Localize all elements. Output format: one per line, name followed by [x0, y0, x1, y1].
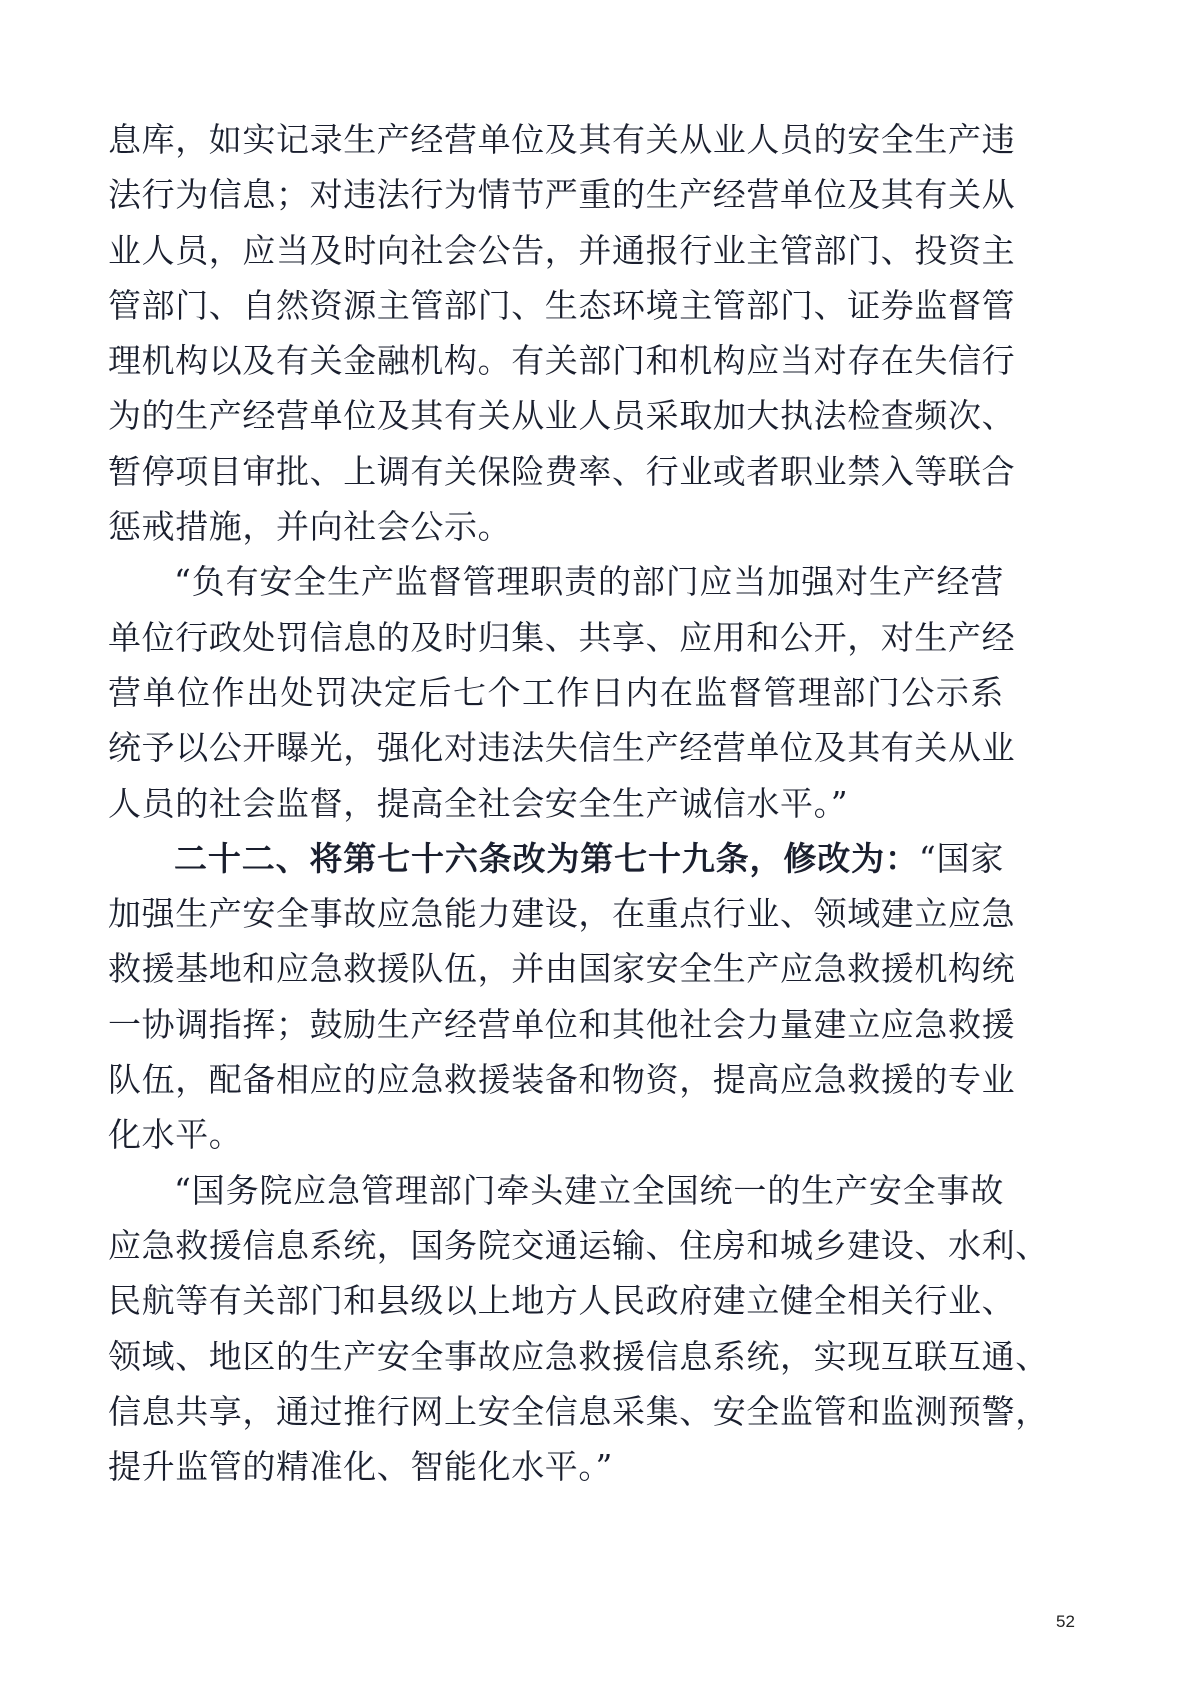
text-span: “国家 — [919, 839, 1004, 878]
text-line: 息库，如实记录生产经营单位及其有关从业人员的安全生产违 — [108, 112, 1004, 167]
text-line: 惩戒措施，并向社会公示。 — [108, 499, 1004, 554]
text-line: 为的生产经营单位及其有关从业人员采取加大执法检查频次、 — [108, 388, 1004, 443]
text-line: 领域、地区的生产安全事故应急救援信息系统，实现互联互通、 — [108, 1329, 1004, 1384]
text-line: 应急救援信息系统，国务院交通运输、住房和城乡建设、水利、 — [108, 1218, 1004, 1273]
text-line: 化水平。 — [108, 1107, 1004, 1162]
paragraph-start-line: “负有安全生产监督管理职责的部门应当加强对生产经营 — [108, 554, 1004, 609]
text-line: 一协调指挥；鼓励生产经营单位和其他社会力量建立应急救援 — [108, 997, 1004, 1052]
page-number: 52 — [1056, 1612, 1075, 1632]
text-line: 暂停项目审批、上调有关保险费率、行业或者职业禁入等联合 — [108, 444, 1004, 499]
text-line: 法行为信息；对违法行为情节严重的生产经营单位及其有关从 — [108, 167, 1004, 222]
text-line: 民航等有关部门和县级以上地方人民政府建立健全相关行业、 — [108, 1273, 1004, 1328]
text-line: 救援基地和应急救援队伍，并由国家安全生产应急救援机构统 — [108, 941, 1004, 996]
text-line: 加强生产安全事故应急能力建设，在重点行业、领域建立应急 — [108, 886, 1004, 941]
text-line: 理机构以及有关金融机构。有关部门和机构应当对存在失信行 — [108, 333, 1004, 388]
text-line: 人员的社会监督，提高全社会安全生产诚信水平。” — [108, 776, 1004, 831]
article-heading-line: 二十二、将第七十六条改为第七十九条，修改为：“国家 — [108, 831, 1004, 886]
text-line: 单位行政处罚信息的及时归集、共享、应用和公开，对生产经 — [108, 610, 1004, 665]
paragraph-start-line: “国务院应急管理部门牵头建立全国统一的生产安全事故 — [108, 1163, 1004, 1218]
text-line: 统予以公开曝光，强化对违法失信生产经营单位及其有关从业 — [108, 720, 1004, 775]
text-line: 提升监管的精准化、智能化水平。” — [108, 1439, 1004, 1494]
document-body: 息库，如实记录生产经营单位及其有关从业人员的安全生产违 法行为信息；对违法行为情… — [108, 112, 1004, 1494]
text-line: 业人员，应当及时向社会公告，并通报行业主管部门、投资主 — [108, 223, 1004, 278]
text-line: 管部门、自然资源主管部门、生态环境主管部门、证券监督管 — [108, 278, 1004, 333]
article-heading: 二十二、将第七十六条改为第七十九条，修改为： — [174, 839, 919, 878]
text-line: 信息共享，通过推行网上安全信息采集、安全监管和监测预警， — [108, 1384, 1004, 1439]
text-line: 营单位作出处罚决定后七个工作日内在监督管理部门公示系 — [108, 665, 1004, 720]
text-line: 队伍，配备相应的应急救援装备和物资，提高应急救援的专业 — [108, 1052, 1004, 1107]
